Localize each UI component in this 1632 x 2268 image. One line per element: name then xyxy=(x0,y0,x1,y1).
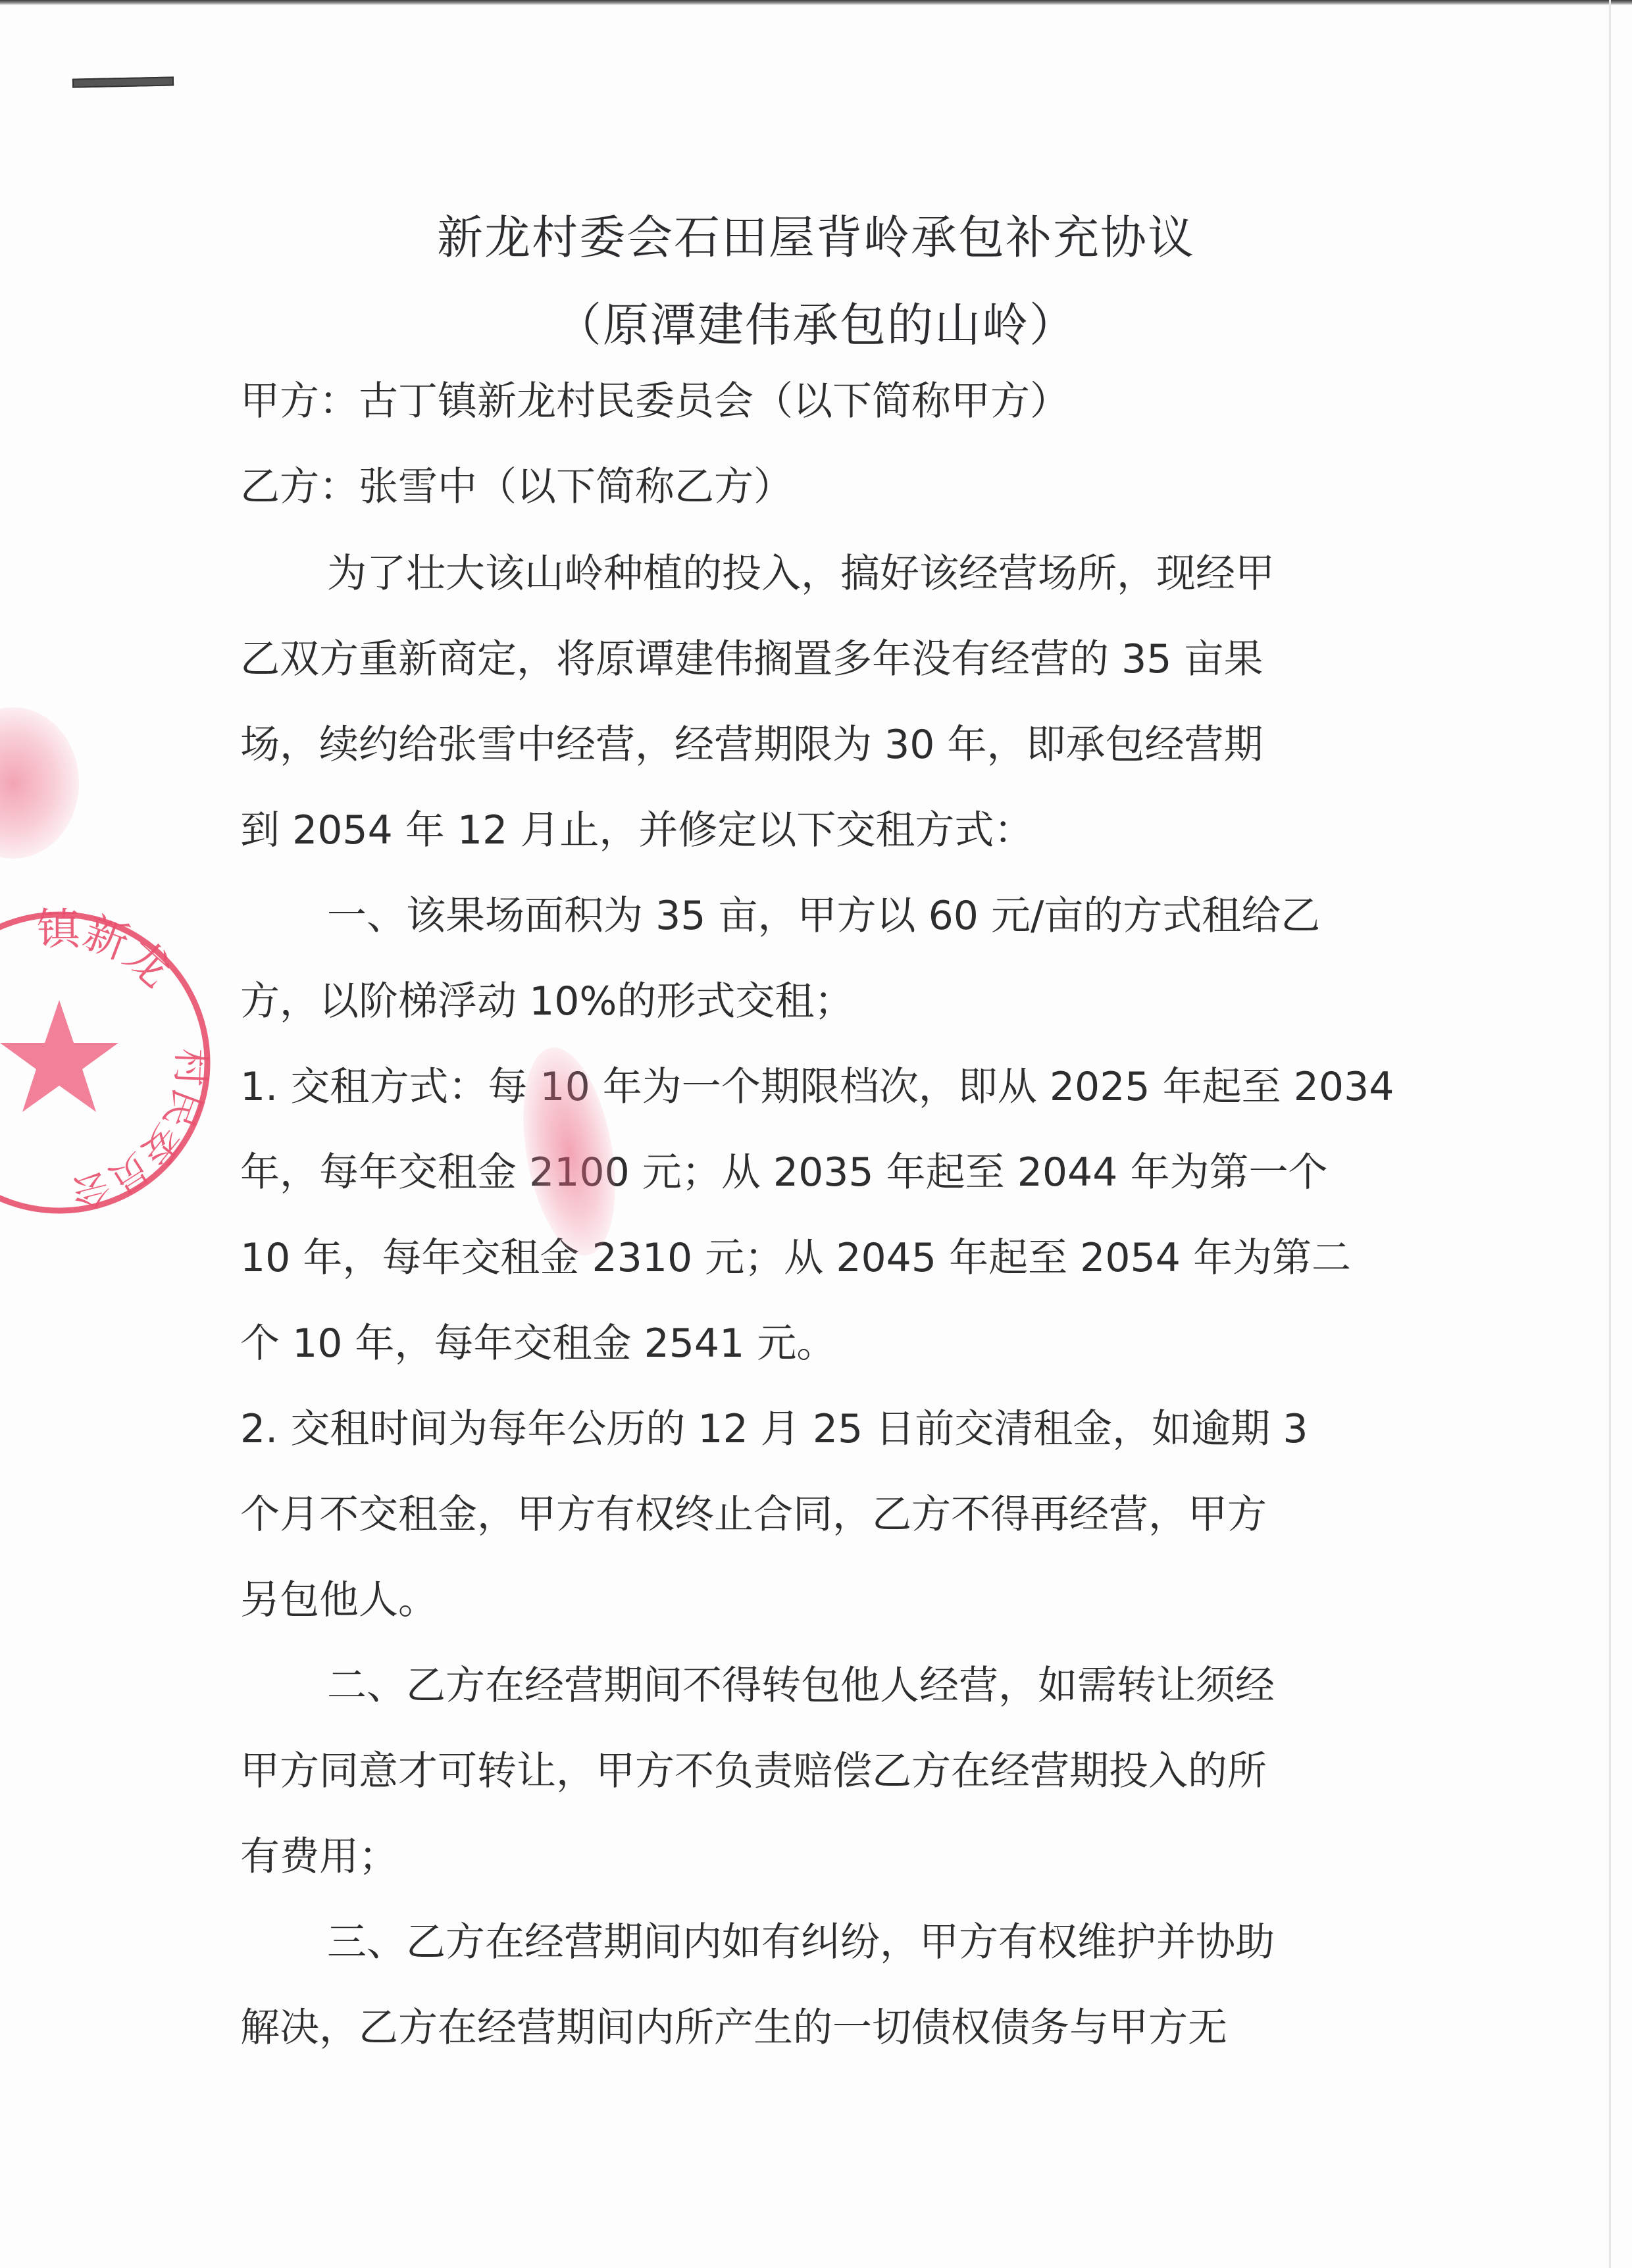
stamp-text-top: 镇新龙 xyxy=(37,905,181,997)
clause-3: 三、乙方在经营期间内如有纠纷，甲方有权维护并协助 xyxy=(240,1916,1459,1969)
body-line: 方，以阶梯浮动 10%的形式交租； xyxy=(240,975,1372,1028)
body-line: 个 10 年，每年交租金 2541 元。 xyxy=(240,1317,1372,1370)
body-line: 为了壮大该山岭种植的投入，搞好该经营场所，现经甲 xyxy=(240,547,1459,600)
fingerprint-left xyxy=(0,707,79,859)
body-line: 解决，乙方在经营期间内所产生的一切债权债务与甲方无 xyxy=(240,2002,1372,2054)
body-line: 场，续约给张雪中经营，经营期限为 30 年，即承包经营期 xyxy=(240,718,1372,771)
clause-1-1: 1. 交租方式：每 10 年为一个期限档次，即从 2025 年起至 2034 xyxy=(240,1061,1372,1113)
svg-text:镇新龙: 镇新龙 xyxy=(37,905,181,997)
star-icon xyxy=(0,1000,118,1112)
body-line: 有费用； xyxy=(240,1830,1372,1883)
scan-edge-top xyxy=(0,0,1632,5)
body-line: 10 年，每年交租金 2310 元；从 2045 年起至 2054 年为第二 xyxy=(240,1232,1372,1284)
stamp-text-right: 村民委员会 xyxy=(67,1047,214,1217)
body-line: 甲方同意才可转让，甲方不负责赔偿乙方在经营期投入的所 xyxy=(240,1745,1372,1798)
clause-2: 二、乙方在经营期间不得转包他人经营，如需转让须经 xyxy=(240,1659,1459,1712)
body-line: 到 2054 年 12 月止，并修定以下交租方式： xyxy=(240,804,1372,857)
document-title: 新龙村委会石田屋背岭承包补充协议 xyxy=(0,201,1632,267)
body-line: 个月不交租金，甲方有权终止合同，乙方不得再经营，甲方 xyxy=(240,1488,1372,1541)
body-line: 年，每年交租金 2100 元；从 2035 年起至 2044 年为第一个 xyxy=(240,1146,1372,1199)
party-b: 乙方：张雪中（以下简称乙方） xyxy=(240,461,1372,513)
party-a: 甲方：古丁镇新龙村民委员会（以下简称甲方） xyxy=(240,375,1372,428)
document-subtitle: （原潭建伟承包的山岭） xyxy=(0,288,1632,355)
body-line: 另包他人。 xyxy=(240,1574,1372,1626)
clause-1: 一、该果场面积为 35 亩，甲方以 60 元/亩的方式租给乙 xyxy=(240,890,1459,942)
clause-1-2: 2. 交租时间为每年公历的 12 月 25 日前交清租金，如逾期 3 xyxy=(240,1403,1372,1455)
body-line: 乙双方重新商定，将原谭建伟搁置多年没有经营的 35 亩果 xyxy=(240,633,1372,686)
svg-text:村民委员会: 村民委员会 xyxy=(67,1047,214,1217)
corner-mark xyxy=(72,76,174,88)
official-seal-stamp: 镇新龙 村民委员会 xyxy=(0,905,217,1221)
